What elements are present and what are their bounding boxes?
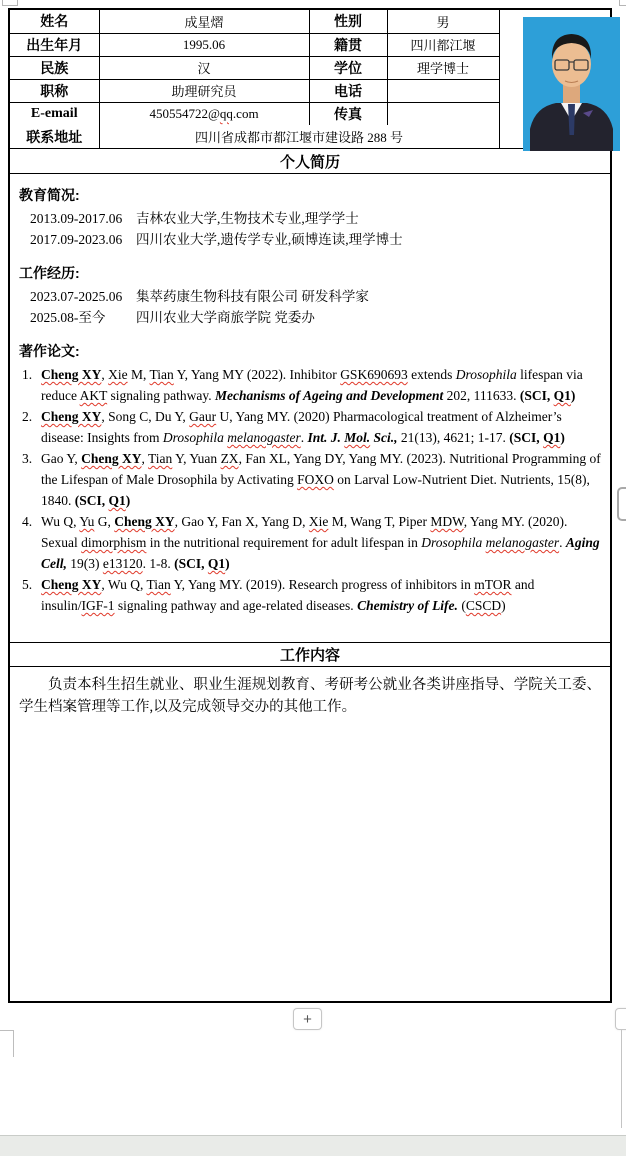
address-value[interactable]: 四川省成都市都江堰市建设路 288 号 xyxy=(99,125,499,148)
info-rows: 姓名 成星熠 性别 男 出生年月 1995.06 籍贯 四川都江堰 民族 汉 学… xyxy=(10,10,610,125)
publication-item: 2. Cheng XY, Song C, Du Y, Gaur U, Yang … xyxy=(17,406,603,448)
top-right-handle[interactable] xyxy=(619,0,626,6)
info-label: E-email xyxy=(10,102,99,125)
timeline-period: 2017.09-2023.06 xyxy=(30,229,136,250)
timeline-item: 2013.09-2017.06吉林农业大学,生物技术专业,理学学士 xyxy=(17,208,603,229)
publication-text: Cheng XY, Xie M, Tian Y, Yang MY (2022).… xyxy=(41,367,583,403)
timeline-detail: 四川农业大学商旅学院 党委办 xyxy=(136,310,315,325)
resume-header-text: 个人简历 xyxy=(280,151,340,172)
publication-item: 1. Cheng XY, Xie M, Tian Y, Yang MY (202… xyxy=(17,364,603,406)
info-label: 姓名 xyxy=(10,10,99,33)
publication-number: 3. xyxy=(22,448,32,469)
scroll-handle[interactable] xyxy=(617,487,626,521)
work-history-list: 2023.07-2025.06集萃药康生物科技有限公司 研发科学家 2025.0… xyxy=(17,286,603,328)
info-value[interactable]: 450554722@qq.com xyxy=(99,102,309,125)
timeline-period: 2023.07-2025.06 xyxy=(30,286,136,307)
plus-icon: + xyxy=(303,1011,312,1028)
publication-number: 5. xyxy=(22,574,32,595)
work-content-text: 负责本科生招生就业、职业生涯规划教育、考研考公就业各类讲座指导、学院关工委、学生… xyxy=(19,674,601,718)
education-heading: 教育简况: xyxy=(19,185,603,205)
timeline-detail: 吉林农业大学,生物技术专业,理学学士 xyxy=(136,211,359,226)
info-label: 民族 xyxy=(10,56,99,79)
publication-text: Wu Q, Yu G, Cheng XY, Gao Y, Fan X, Yang… xyxy=(41,514,600,571)
info-label2: 学位 xyxy=(309,56,387,79)
bottom-status-bar xyxy=(0,1135,626,1156)
publication-text: Gao Y, Cheng XY, Tian Y, Yuan ZX, Fan XL… xyxy=(41,451,601,508)
info-row: 姓名 成星熠 性别 男 xyxy=(10,10,610,33)
publication-text: Cheng XY, Song C, Du Y, Gaur U, Yang MY.… xyxy=(41,409,565,445)
publication-item: 5. Cheng XY, Wu Q, Tian Y, Yang MY. (201… xyxy=(17,574,603,616)
info-value2[interactable]: 理学博士 xyxy=(387,56,499,79)
info-value[interactable]: 汉 xyxy=(99,56,309,79)
info-label2: 性别 xyxy=(309,10,387,33)
timeline-item: 2017.09-2023.06四川农业大学,遗传学专业,硕博连读,理学博士 xyxy=(17,229,603,250)
timeline-detail: 四川农业大学,遗传学专业,硕博连读,理学博士 xyxy=(136,232,403,247)
info-row: E-email 450554722@qq.com 传真 xyxy=(10,102,610,125)
work-history-heading: 工作经历: xyxy=(19,263,603,283)
work-header-text: 工作内容 xyxy=(280,644,340,665)
resume-content[interactable]: 教育简况: 2013.09-2017.06吉林农业大学,生物技术专业,理学学士 … xyxy=(10,174,610,643)
document-page[interactable]: 姓名 成星熠 性别 男 出生年月 1995.06 籍贯 四川都江堰 民族 汉 学… xyxy=(0,0,626,1156)
info-value2[interactable]: 四川都江堰 xyxy=(387,33,499,56)
info-value[interactable]: 1995.06 xyxy=(99,33,309,56)
publications-list: 1. Cheng XY, Xie M, Tian Y, Yang MY (202… xyxy=(17,364,603,616)
info-label2: 籍贯 xyxy=(309,33,387,56)
info-label: 出生年月 xyxy=(10,33,99,56)
info-label2: 传真 xyxy=(309,102,387,125)
publication-item: 4. Wu Q, Yu G, Cheng XY, Gao Y, Fan X, Y… xyxy=(17,511,603,574)
info-value2[interactable] xyxy=(387,102,499,125)
work-content-area[interactable]: 负责本科生招生就业、职业生涯规划教育、考研考公就业各类讲座指导、学院关工委、学生… xyxy=(10,667,610,1001)
next-page-corner-mark xyxy=(0,1030,14,1031)
personal-info-table: 姓名 成星熠 性别 男 出生年月 1995.06 籍贯 四川都江堰 民族 汉 学… xyxy=(10,10,610,148)
publication-number: 2. xyxy=(22,406,32,427)
education-list: 2013.09-2017.06吉林农业大学,生物技术专业,理学学士 2017.0… xyxy=(17,208,603,250)
timeline-period: 2013.09-2017.06 xyxy=(30,208,136,229)
info-value[interactable]: 助理研究员 xyxy=(99,79,309,102)
publication-item: 3. Gao Y, Cheng XY, Tian Y, Yuan ZX, Fan… xyxy=(17,448,603,511)
id-photo xyxy=(523,17,620,151)
info-label: 职称 xyxy=(10,79,99,102)
info-row: 职称 助理研究员 电话 xyxy=(10,79,610,102)
info-label2: 电话 xyxy=(309,79,387,102)
info-value2[interactable] xyxy=(387,79,499,102)
next-page-right-edge xyxy=(621,1030,622,1128)
id-photo-image xyxy=(523,17,620,151)
address-row: 联系地址 四川省成都市都江堰市建设路 288 号 xyxy=(10,125,610,148)
next-page-corner-mark-v xyxy=(13,1030,14,1057)
info-row: 出生年月 1995.06 籍贯 四川都江堰 xyxy=(10,33,610,56)
publication-number: 4. xyxy=(22,511,32,532)
add-page-button[interactable]: + xyxy=(293,1008,322,1030)
top-left-handle[interactable] xyxy=(2,0,18,6)
right-edge-button[interactable] xyxy=(615,1008,626,1030)
info-value2[interactable]: 男 xyxy=(387,10,499,33)
section-header-work: 工作内容 xyxy=(10,643,610,667)
timeline-item: 2025.08-至今四川农业大学商旅学院 党委办 xyxy=(17,307,603,328)
publication-number: 1. xyxy=(22,364,32,385)
timeline-item: 2023.07-2025.06集萃药康生物科技有限公司 研发科学家 xyxy=(17,286,603,307)
resume-table: 姓名 成星熠 性别 男 出生年月 1995.06 籍贯 四川都江堰 民族 汉 学… xyxy=(8,8,612,1003)
info-value[interactable]: 成星熠 xyxy=(99,10,309,33)
info-row: 民族 汉 学位 理学博士 xyxy=(10,56,610,79)
publication-text: Cheng XY, Wu Q, Tian Y, Yang MY. (2019).… xyxy=(41,577,534,613)
address-label: 联系地址 xyxy=(10,125,99,148)
section-header-resume: 个人简历 xyxy=(10,148,610,174)
timeline-period: 2025.08-至今 xyxy=(30,307,136,328)
timeline-detail: 集萃药康生物科技有限公司 研发科学家 xyxy=(136,289,369,304)
publications-heading: 著作论文: xyxy=(19,341,603,361)
